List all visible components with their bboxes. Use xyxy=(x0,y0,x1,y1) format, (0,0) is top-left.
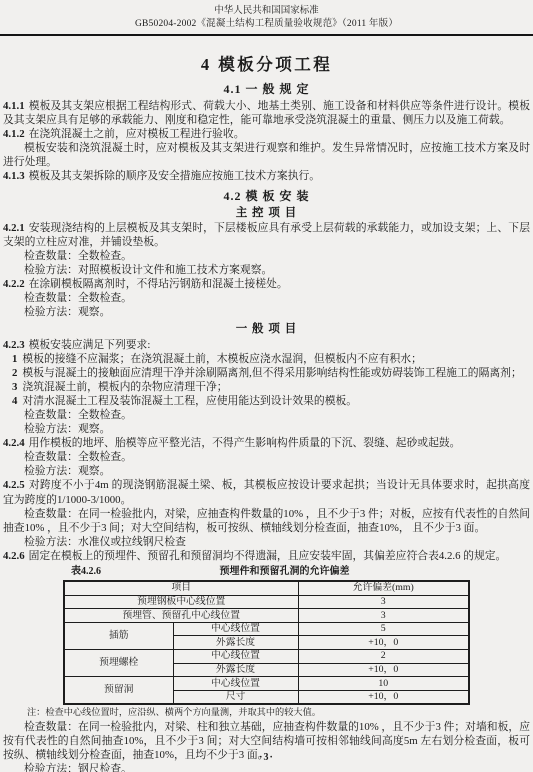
clause-4-2-5: 4.2.5对跨度不小于4m 的现浇钢筋混凝土梁、板，其模板应按设计要求起拱；当设… xyxy=(3,478,530,506)
check-method-4-2-4: 检验方法：观察。 xyxy=(3,464,530,478)
clause-text: 安装现浇结构的上层模板及其支架时，下层楼板应具有承受上层荷载的承载能力，或加设支… xyxy=(3,222,530,248)
clause-text: 在浇筑混凝土之前，应对模板工程进行验收。 xyxy=(29,128,245,140)
check-method-4-2-2: 检验方法：观察。 xyxy=(3,305,530,319)
clause-number: 4.2.3 xyxy=(3,339,25,351)
check-method-4-2-3: 检验方法：观察。 xyxy=(3,422,530,436)
standard-country-line: 中华人民共和国国家标准 xyxy=(0,5,533,18)
item-number: 4 xyxy=(12,395,17,407)
clause-4-2-6: 4.2.6固定在模板上的预埋件、预留孔和预留洞均不得遗漏，且应安装牢固，其偏差应… xyxy=(3,549,530,563)
table-cell-value: 2 xyxy=(298,650,469,664)
clause-number: 4.1.2 xyxy=(3,128,25,140)
subheading-main-control-items: 主 控 项 目 xyxy=(3,206,530,220)
clause-text: 在涂刷模板隔离剂时，不得玷污钢筋和混凝土接槎处。 xyxy=(29,278,288,290)
clause-number: 4.2.4 xyxy=(3,437,25,449)
check-method-4-2-1: 检验方法：对照模板设计文件和施工技术方案观察。 xyxy=(3,263,530,277)
table-cell-sub: 中心线位置 xyxy=(173,622,298,636)
table-cell-item: 预埋管、预留孔中心线位置 xyxy=(64,609,298,623)
table-cell-sub: 外露长度 xyxy=(173,636,298,650)
item-text: 模板的接缝不应漏浆；在浇筑混凝土前，木模板应浇水湿润，但模板内不应有积水； xyxy=(22,353,421,365)
item-number: 3 xyxy=(12,381,17,393)
check-quantity-4-2-3: 检查数量：全数检查。 xyxy=(3,408,530,422)
table-cell-value: 5 xyxy=(298,622,469,636)
table-row: 预埋钢板中心线位置 3 xyxy=(64,595,469,609)
clause-number: 4.1.1 xyxy=(3,100,25,112)
table-cell-value: 3 xyxy=(298,609,469,623)
clause-4-1-2-continuation: 模板安装和浇筑混凝土时，应对模板及其支架进行观察和维护。发生异常情况时，应按施工… xyxy=(3,141,530,169)
table-cell-item: 预埋钢板中心线位置 xyxy=(64,595,298,609)
table-cell-value: +10，0 xyxy=(298,663,469,677)
clause-number: 4.2.5 xyxy=(3,479,25,491)
document-page: 中华人民共和国国家标准 GB50204-2002《混凝土结构工程质量验收规范》（… xyxy=(0,0,533,772)
clause-4-2-1: 4.2.1安装现浇结构的上层模板及其支架时，下层楼板应具有承受上层荷载的承载能力… xyxy=(3,221,530,249)
table-header-tolerance: 允许偏差(mm) xyxy=(298,581,469,595)
document-header: 中华人民共和国国家标准 GB50204-2002《混凝土结构工程质量验收规范》（… xyxy=(0,0,533,31)
list-item-4: 4对清水混凝土工程及装饰混凝土工程，应使用能达到设计效果的模板。 xyxy=(3,394,530,408)
table-cell-group: 预留洞 xyxy=(64,677,173,705)
subheading-general-items: 一 般 项 目 xyxy=(3,322,530,336)
check-quantity-4-2-1: 检查数量：全数检查。 xyxy=(3,249,530,263)
header-rule xyxy=(0,34,533,36)
check-method-4-2-6: 检验方法：钢尺检查。 xyxy=(3,762,530,772)
table-cell-sub: 中心线位置 xyxy=(173,677,298,691)
list-item-3: 3浇筑混凝土前，模板内的杂物应清理干净； xyxy=(3,380,530,394)
item-number: 1 xyxy=(12,353,17,365)
table-header-row: 项目 允许偏差(mm) xyxy=(64,581,469,595)
table-cell-group: 预埋螺栓 xyxy=(64,650,173,677)
check-quantity-4-2-4: 检查数量：全数检查。 xyxy=(3,450,530,464)
item-number: 2 xyxy=(12,367,17,379)
table-cell-value: +10，0 xyxy=(298,690,469,704)
clause-number: 4.2.6 xyxy=(3,550,25,562)
table-cell-value: 3 xyxy=(298,595,469,609)
check-quantity-4-2-5: 检查数量：在同一检验批内，对梁，应抽查构件数量的10% ，且不少于3 件；对板，… xyxy=(3,507,530,535)
clause-4-2-4: 4.2.4用作模板的地坪、胎模等应平整光洁，不得产生影响构件质量的下沉、裂缝、起… xyxy=(3,436,530,450)
check-method-4-2-5: 检验方法：水准仪或拉线钢尺检查 xyxy=(3,535,530,549)
table-title: 预埋件和预留孔洞的允许偏差 xyxy=(101,565,468,579)
clause-text: 用作模板的地坪、胎模等应平整光洁，不得产生影响构件质量的下沉、裂缝、起砂或起鼓。 xyxy=(29,437,461,449)
clause-text: 固定在模板上的预埋件、预留孔和预留洞均不得遗漏，且应安装牢固，其偏差应符合表4.… xyxy=(29,550,507,562)
chapter-title: 4 模板分项工程 xyxy=(0,51,533,75)
clause-number: 4.2.2 xyxy=(3,278,25,290)
section-heading-4-1: 4.1 一 般 规 定 xyxy=(0,80,533,97)
table-label: 表4.2.6 xyxy=(71,565,101,579)
table-note: 注：检查中心线位置时，应沿纵、横两个方向量测，并取其中的较大值。 xyxy=(3,705,530,719)
clause-4-1-2: 4.1.2在浇筑混凝土之前，应对模板工程进行验收。 xyxy=(3,127,530,141)
table-cell-sub: 中心线位置 xyxy=(173,650,298,664)
table-caption: 表4.2.6 预埋件和预留孔洞的允许偏差 xyxy=(71,565,468,579)
item-text: 浇筑混凝土前，模板内的杂物应清理干净； xyxy=(22,381,227,393)
standard-code-line: GB50204-2002《混凝土结构工程质量验收规范》（2011 年版） xyxy=(0,18,533,31)
clause-text: 模板安装应满足下列要求: xyxy=(29,339,151,351)
clause-4-2-2: 4.2.2在涂刷模板隔离剂时，不得玷污钢筋和混凝土接槎处。 xyxy=(3,277,530,291)
section-heading-4-2: 4.2 模 板 安 装 xyxy=(3,189,530,203)
table-cell-value: 10 xyxy=(298,677,469,691)
page-number: ·3· xyxy=(0,752,533,763)
table-cell-sub: 尺寸 xyxy=(173,690,298,704)
list-item-1: 1模板的接缝不应漏浆；在浇筑混凝土前，木模板应浇水湿润，但模板内不应有积水； xyxy=(3,352,530,366)
clause-4-1-3: 4.1.3模板及其支架拆除的顺序及安全措施应按施工技术方案执行。 xyxy=(3,169,530,183)
tolerance-table: 项目 允许偏差(mm) 预埋钢板中心线位置 3 预埋管、预留孔中心线位置 3 插… xyxy=(63,580,470,705)
table-cell-value: +10，0 xyxy=(298,636,469,650)
table-cell-sub: 外露长度 xyxy=(173,663,298,677)
table-row: 预埋螺栓 中心线位置 2 xyxy=(64,650,469,664)
check-quantity-4-2-2: 检查数量：全数检查。 xyxy=(3,291,530,305)
item-text: 对清水混凝土工程及装饰混凝土工程，应使用能达到设计效果的模板。 xyxy=(22,395,357,407)
clause-4-1-1: 4.1.1模板及其支架应根据工程结构形式、荷载大小、地基土类别、施工设备和材料供… xyxy=(3,99,530,127)
table-header-item: 项目 xyxy=(64,581,298,595)
clause-number: 4.1.3 xyxy=(3,170,25,182)
clause-text: 模板及其支架应根据工程结构形式、荷载大小、地基土类别、施工设备和材料供应等条件进… xyxy=(3,100,530,126)
clause-text: 模板及其支架拆除的顺序及安全措施应按施工技术方案执行。 xyxy=(29,170,321,182)
table-row: 预埋管、预留孔中心线位置 3 xyxy=(64,609,469,623)
document-body: 4.1.1模板及其支架应根据工程结构形式、荷载大小、地基土类别、施工设备和材料供… xyxy=(0,99,533,772)
table-row: 插筋 中心线位置 5 xyxy=(64,622,469,636)
clause-text: 对跨度不小于4m 的现浇钢筋混凝土梁、板，其模板应按设计要求起拱；当设计无具体要… xyxy=(3,479,530,505)
clause-4-2-3: 4.2.3模板安装应满足下列要求: xyxy=(3,338,530,352)
clause-number: 4.2.1 xyxy=(3,222,25,234)
item-text: 模板与混凝土的接触面应清理干净并涂刷隔离剂,但不得采用影响结构性能或妨碍装饰工程… xyxy=(22,367,521,379)
table-cell-group: 插筋 xyxy=(64,622,173,649)
table-row: 预留洞 中心线位置 10 xyxy=(64,677,469,691)
list-item-2: 2模板与混凝土的接触面应清理干净并涂刷隔离剂,但不得采用影响结构性能或妨碍装饰工… xyxy=(3,366,530,380)
